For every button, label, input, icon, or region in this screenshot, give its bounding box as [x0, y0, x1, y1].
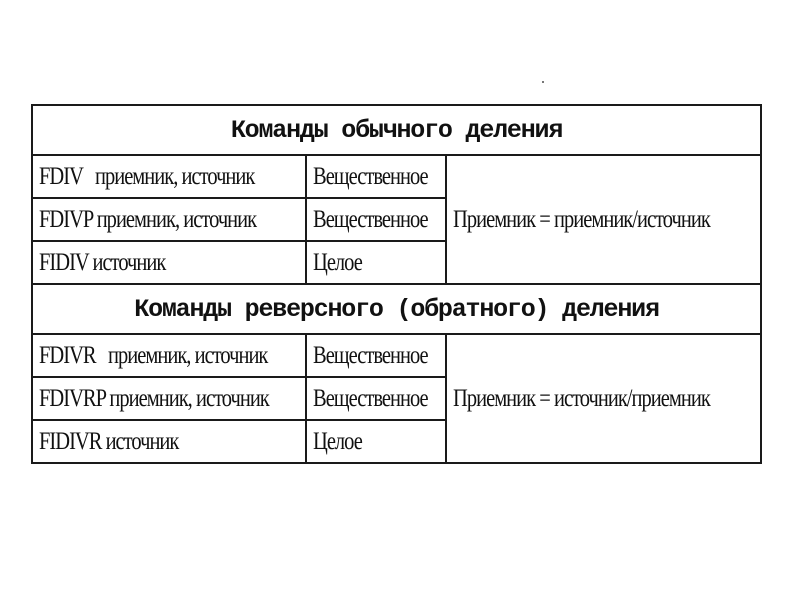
- section-title-normal: Команды обычного деления: [32, 105, 761, 155]
- operand-type-text: Целое: [313, 249, 362, 277]
- section-title-reverse: Команды реверсного (обратного) деления: [32, 284, 761, 334]
- command-text: FDIV приемник, источник: [39, 163, 254, 191]
- command-cell: FIDIV источник: [32, 241, 306, 284]
- operand-type-text: Вещественное: [313, 163, 428, 191]
- operand-type-cell: Вещественное: [306, 334, 446, 377]
- table-row: FDIVR приемник, источник Вещественное Пр…: [32, 334, 761, 377]
- formula-text: Приемник = источник/приемник: [453, 385, 710, 413]
- command-cell: FDIV приемник, источник: [32, 155, 306, 198]
- section-header-row: Команды реверсного (обратного) деления: [32, 284, 761, 334]
- formula-text: Приемник = приемник/источник: [453, 206, 710, 234]
- command-text: FDIVP приемник, источник: [39, 206, 256, 234]
- operand-type-text: Вещественное: [313, 342, 428, 370]
- formula-cell: Приемник = источник/приемник: [446, 334, 761, 463]
- operand-type-text: Целое: [313, 428, 362, 456]
- operand-type-cell: Вещественное: [306, 198, 446, 241]
- table-row: FDIV приемник, источник Вещественное При…: [32, 155, 761, 198]
- division-commands-table: Команды обычного деления FDIV приемник, …: [31, 104, 762, 464]
- command-cell: FIDIVR источник: [32, 420, 306, 463]
- operand-type-text: Вещественное: [313, 206, 428, 234]
- operand-type-text: Вещественное: [313, 385, 428, 413]
- command-text: FIDIV источник: [39, 249, 165, 277]
- command-cell: FDIVRP приемник, источник: [32, 377, 306, 420]
- formula-cell: Приемник = приемник/источник: [446, 155, 761, 284]
- scan-speck: [542, 81, 544, 83]
- command-cell: FDIVR приемник, источник: [32, 334, 306, 377]
- command-text: FDIVR приемник, источник: [39, 342, 267, 370]
- command-cell: FDIVP приемник, источник: [32, 198, 306, 241]
- command-text: FIDIVR источник: [39, 428, 178, 456]
- operand-type-cell: Вещественное: [306, 377, 446, 420]
- command-text: FDIVRP приемник, источник: [39, 385, 269, 413]
- operand-type-cell: Целое: [306, 241, 446, 284]
- operand-type-cell: Целое: [306, 420, 446, 463]
- operand-type-cell: Вещественное: [306, 155, 446, 198]
- section-header-row: Команды обычного деления: [32, 105, 761, 155]
